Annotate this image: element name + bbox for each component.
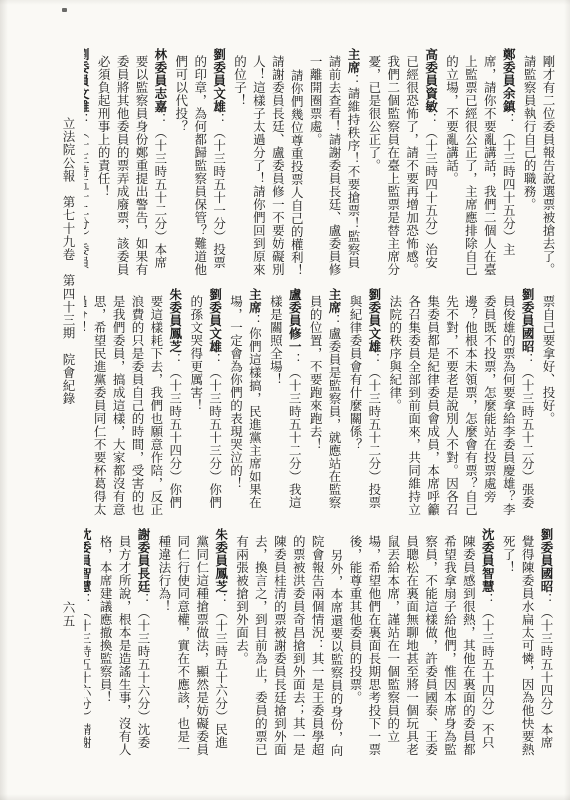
speaker-name: 劉委員文雄 bbox=[84, 48, 89, 113]
speech-paragraph: 請你們幾位尊重投票人自己的權利！請謝委員長廷、盧委員修一不要妨礙別人！這樣子太過… bbox=[230, 48, 306, 280]
page-number: 六五 bbox=[60, 601, 76, 628]
speech-paragraph: 主席：你們這樣搞，民進黨主席如果在場，一定會為你們的表現哭泣的！ bbox=[226, 288, 264, 520]
speech-paragraph: 剛才有二位委員報告說選票被搶去了。請監察員執行自己的職務。 bbox=[519, 48, 557, 280]
gazette-page: 立法院公報 第七十九卷 第四十三期 院會紀錄 六五 剛才有二位委員報告說選票被搶… bbox=[0, 0, 570, 800]
speech-paragraph: 鄭委員余鎮：（十三時四十五分）主席，請你不要亂講話，我們二個人在臺上監票已經很公… bbox=[442, 48, 518, 280]
speech-paragraph: 高委員資敏：（十三時四十五分）治安已經很恐怖了，請不要再增加恐怖感。我們二個監察… bbox=[364, 48, 440, 280]
speech-paragraph: 林委員志嘉：（十三時五十二分）本席要以監察員身份鄭重提出警告，如果有委員將其他委… bbox=[93, 48, 169, 280]
speaker-name: 劉委員文雄 bbox=[208, 288, 222, 353]
speech-paragraph: 盧委員修一：（十三時五十二分）我這樣是關照全場！ bbox=[265, 288, 303, 520]
speech-text: 票自己要拿好、投好。 bbox=[541, 295, 555, 425]
speaker-name: 朱委員鳳芝 bbox=[168, 288, 182, 353]
speech-paragraph: 劉委員文雄：（十三時五十二分）投票與紀律委員會有什麼關係？ bbox=[345, 288, 383, 520]
speaker-name: 主席 bbox=[247, 288, 261, 314]
speaker-name: 謝委員長廷 bbox=[136, 528, 150, 593]
speech-paragraph: 謝委員長廷：（十三時五十六分）沈委員方才所說，根本是造謠生事，沒有人格，本席建議… bbox=[95, 528, 152, 760]
text-band-top: 剛才有二位委員報告說選票被搶去了。請監察員執行自己的職務。鄭委員余鎮：（十三時四… bbox=[84, 48, 557, 280]
speaker-name: 劉委員國昭 bbox=[539, 528, 553, 593]
speech-paragraph: 劉委員文雄：（十三時五十三分）你們的孫文哭得更厲害！ bbox=[186, 288, 224, 520]
speech-paragraph: 另外，本席還要以監察員的身份，向院會報告兩個情況：其一是王委員學超的票被洪委員奇… bbox=[232, 528, 345, 760]
speaker-name: 鄭委員余鎮 bbox=[501, 48, 515, 113]
speaker-name: 朱委員鳳芝 bbox=[214, 528, 228, 593]
speaker-name: 沈委員智慧 bbox=[480, 528, 494, 593]
scan-speck bbox=[62, 8, 67, 12]
speech-paragraph: 朱委員鳳芝：（十三時五十六分）民進黨同仁這種搶票做法，顯然是妨礙委員同仁行使同意… bbox=[154, 528, 230, 760]
speaker-name: 沈委員智慧 bbox=[84, 528, 91, 593]
speaker-name: 主席 bbox=[346, 48, 360, 74]
speaker-name: 劉委員文雄 bbox=[212, 48, 226, 113]
gazette-edition-label: 立法院公報 第七十九卷 第四十三期 院會紀錄 bbox=[60, 117, 76, 417]
speaker-name: 高委員資敏 bbox=[424, 48, 438, 113]
content-area: 剛才有二位委員報告說選票被搶去了。請監察員執行自己的職務。鄭委員余鎮：（十三時四… bbox=[84, 48, 557, 768]
speech-text: 另外，本席還要以監察員的身份，向院會報告兩個情況：其一是王委員學超的票被洪委員奇… bbox=[235, 535, 344, 757]
speech-paragraph: 劉委員國昭：（十三時五十四分）本席覺得陳委員水扁太可憐，因為他快要熱死了！ bbox=[498, 528, 555, 760]
speech-text: ：盧委員是監察員，就應站在監察員的位置，不要跑來跑去！ bbox=[308, 295, 341, 509]
speaker-name: 主席 bbox=[327, 288, 341, 314]
speech-paragraph: 主席：盧委員是監察員，就應站在監察員的位置，不要跑來跑去！ bbox=[305, 288, 343, 520]
speech-text: 剛才有二位委員報告說選票被搶去了。請監察員執行自己的職務。 bbox=[522, 55, 555, 276]
speech-paragraph: 票自己要拿好、投好。 bbox=[538, 288, 557, 520]
speech-paragraph: 主席：請維持秩序！不要搶票！監察員請前去查看！請謝委員長廷、盧委員修一離開圈票處… bbox=[305, 48, 362, 280]
speech-text: ：（十三時五十四分）不只陳委員感到很熱，其他在裏面的委員都希望我拿扇子給他們，惟… bbox=[348, 535, 494, 756]
speech-text: ：你們這樣搞，民進黨主席如果在場，一定會為你們的表現哭泣的！ bbox=[229, 295, 262, 509]
speaker-name: 劉委員文雄 bbox=[367, 288, 381, 353]
speech-paragraph: 沈委員智慧：（十三時五十四分）不只陳委員感到很熱，其他在裏面的委員都希望我拿扇子… bbox=[345, 528, 496, 760]
speech-text: ：（十三時五十二分）張委員俊雄的票為何要拿給李委員慶雄？李委員既不投票，怎麼能站… bbox=[388, 295, 534, 516]
speech-text: 請你們幾位尊重投票人自己的權利！請謝委員長廷、盧委員修一不要妨礙別人！這樣子太過… bbox=[233, 55, 304, 277]
speech-paragraph: 沈委員智慧：（十三時五十六分）請謝委 bbox=[84, 528, 93, 760]
speech-paragraph: 朱委員鳳芝：（十三時五十四分）你們要這樣耗下去，我們也願意作陪，反正浪費的只是委… bbox=[84, 288, 184, 520]
speech-text: ：請維持秩序！不要搶票！監察員請前去查看！請謝委員長廷、盧委員修一離開圈票處。 bbox=[308, 55, 360, 276]
speech-paragraph: 劉委員國昭：（十三時五十二分）張委員俊雄的票為何要拿給李委員慶雄？李委員既不投票… bbox=[385, 288, 536, 520]
speaker-name: 劉委員國昭 bbox=[520, 288, 534, 353]
speaker-name: 盧委員修一 bbox=[287, 288, 301, 353]
text-band-middle: 票自己要拿好、投好。劉委員國昭：（十三時五十二分）張委員俊雄的票為何要拿給李委員… bbox=[84, 288, 557, 520]
speech-paragraph: 劉委員文雄：（十三時五十一分）投票的印章，為何都歸監察員保管？難道他們可以代投？ bbox=[171, 48, 228, 280]
speech-paragraph: 劉委員文雄：（十三時五十二分）委員的 bbox=[84, 48, 91, 280]
text-band-bottom: 劉委員國昭：（十三時五十四分）本席覺得陳委員水扁太可憐，因為他快要熱死了！沈委員… bbox=[84, 528, 557, 760]
speaker-name: 林委員志嘉 bbox=[153, 48, 167, 113]
